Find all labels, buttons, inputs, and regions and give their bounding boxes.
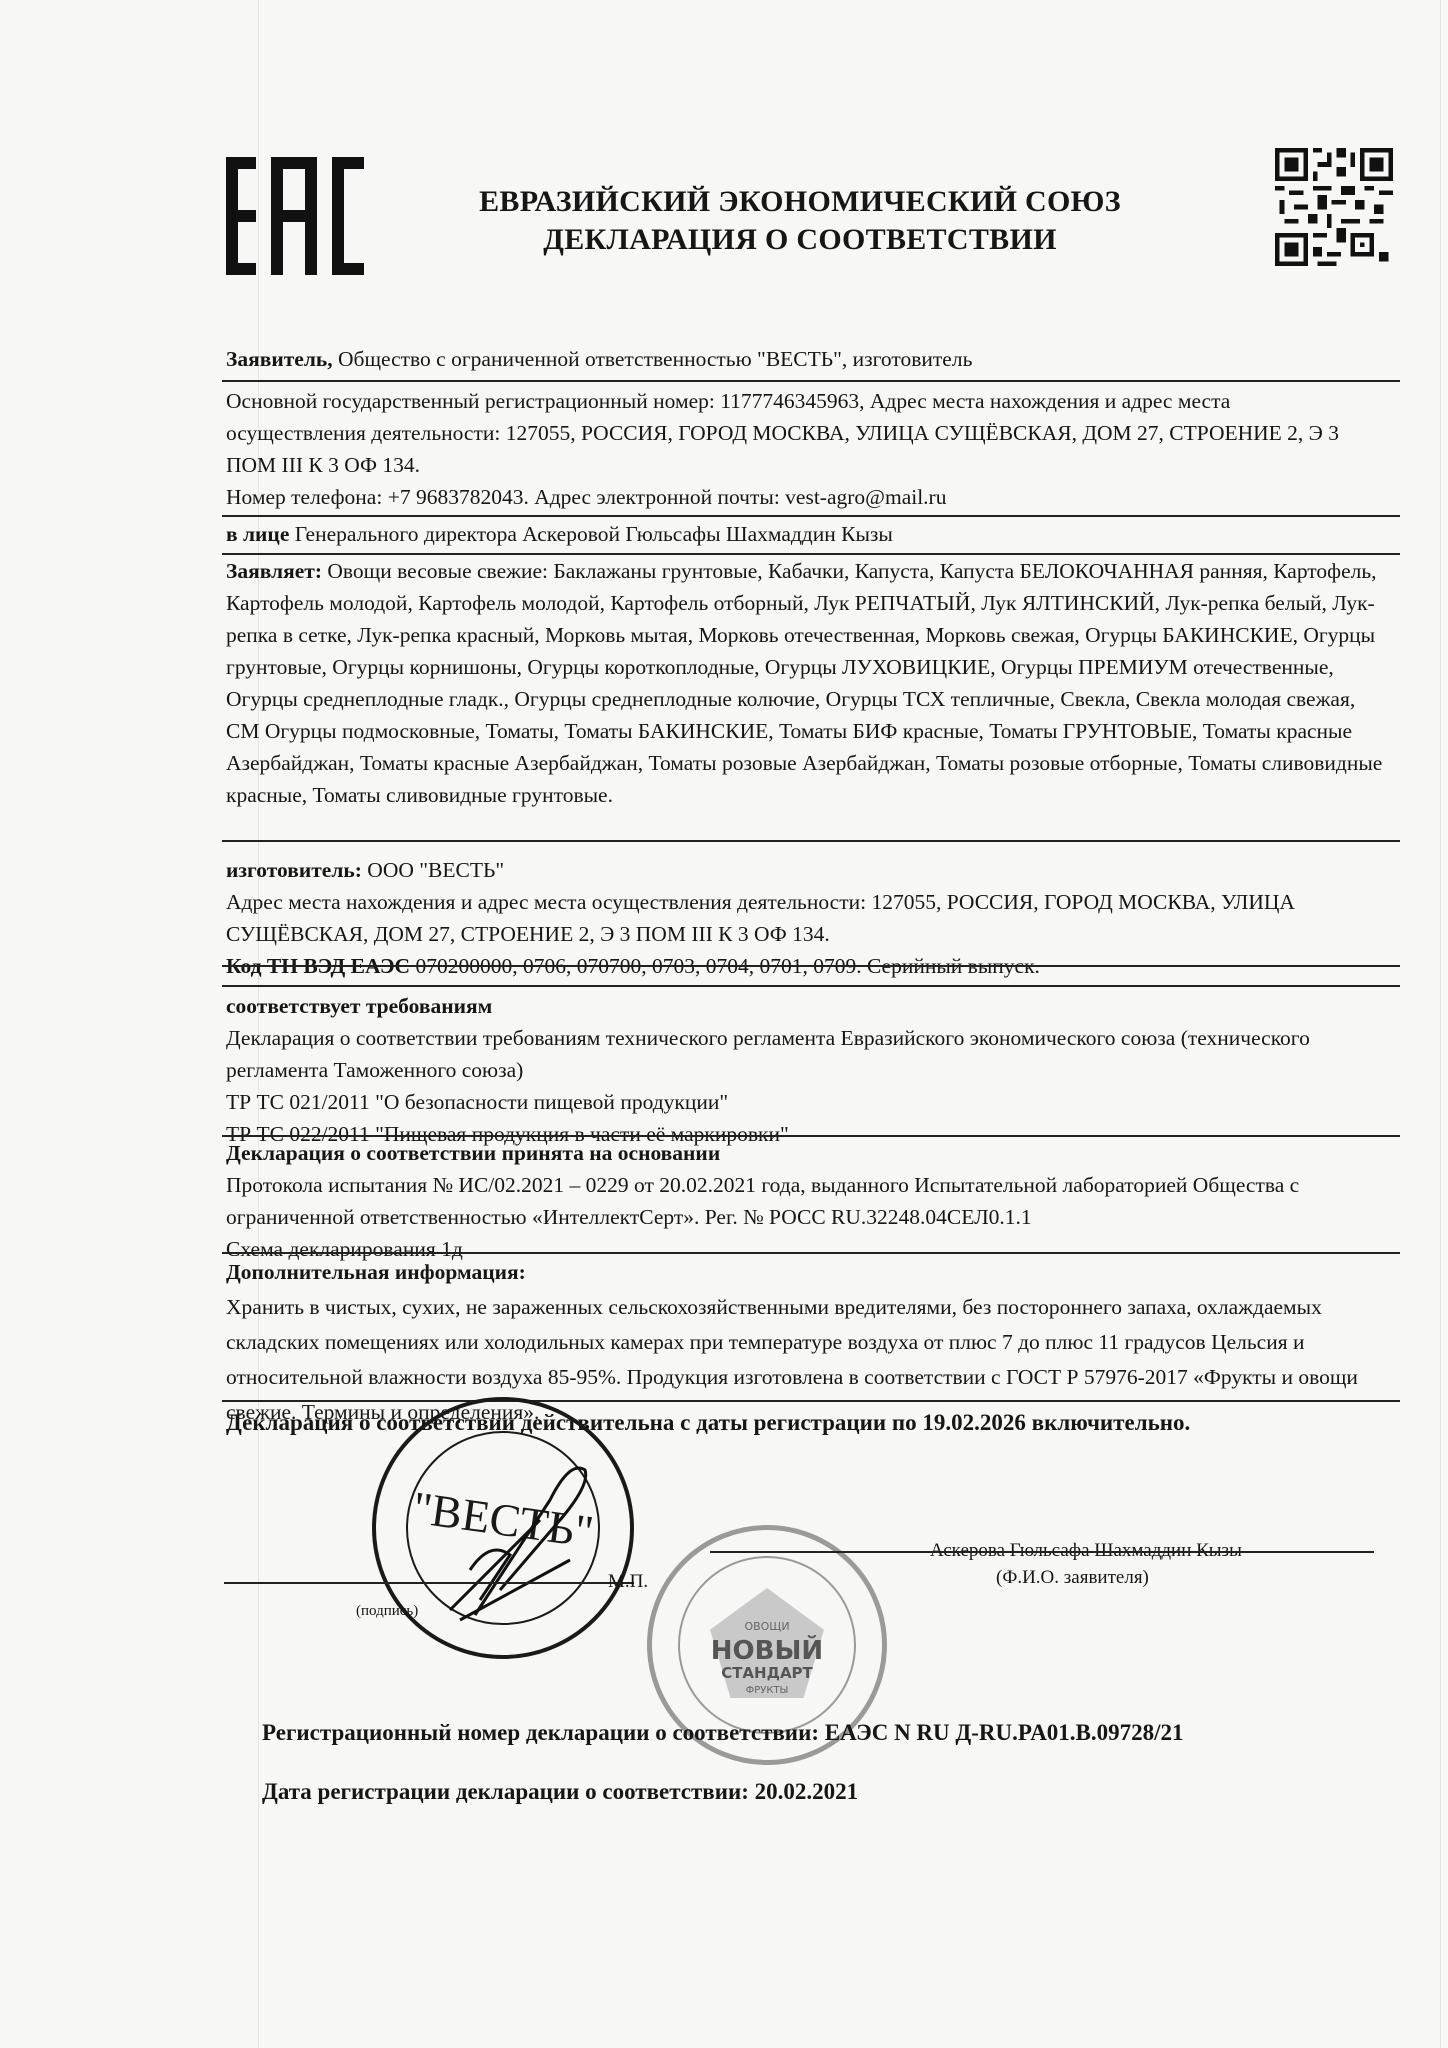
- applicant-value: Общество с ограниченной ответственностью…: [333, 347, 973, 371]
- document-title: ЕВРАЗИЙСКИЙ ЭКОНОМИЧЕСКИЙ СОЮЗ ДЕКЛАРАЦИ…: [440, 183, 1160, 259]
- stamp-text-standart: СТАНДАРТ: [652, 1664, 882, 1682]
- divider: [222, 840, 1400, 842]
- title-declaration: ДЕКЛАРАЦИЯ О СООТВЕТСТВИИ: [440, 221, 1160, 259]
- registration-date: Дата регистрации декларации о соответств…: [262, 1776, 1262, 1808]
- manufacturer-address: Адрес места нахождения и адрес места осу…: [226, 886, 1326, 950]
- applicant-details: Основной государственный регистрационный…: [226, 385, 1366, 513]
- divider: [222, 380, 1400, 382]
- represented-by-section: в лице Генерального директора Аскеровой …: [226, 518, 1406, 550]
- name-caption: (Ф.И.О. заявителя): [996, 1562, 1236, 1594]
- applicant-contacts: Номер телефона: +7 9683782043. Адрес эле…: [226, 481, 1366, 513]
- registration-number: Регистрационный номер декларации о соотв…: [262, 1717, 1442, 1749]
- basis-label: Декларация о соответствии принята на осн…: [226, 1137, 1386, 1169]
- complies-tr-021: ТР ТС 021/2011 "О безопасности пищевой п…: [226, 1086, 1386, 1118]
- divider: [222, 1400, 1400, 1402]
- represented-by-value: Генерального директора Аскеровой Гюльсаф…: [289, 522, 892, 546]
- stamp-text-vegetables: ОВОЩИ: [652, 1620, 882, 1633]
- name-line: [710, 1551, 1374, 1553]
- manufacturer-label: изготовитель:: [226, 858, 362, 882]
- declares-label: Заявляет:: [226, 559, 322, 583]
- stamp-text-novyi: НОВЫЙ: [652, 1636, 882, 1666]
- applicant-label: Заявитель,: [226, 347, 333, 371]
- validity-statement: Декларация о соответствии действительна …: [226, 1405, 1406, 1441]
- signature-line: [224, 1582, 634, 1584]
- complies-regulation: Декларация о соответствии требованиям те…: [226, 1022, 1386, 1086]
- represented-by-label: в лице: [226, 522, 289, 546]
- eac-logo-icon: [226, 157, 366, 275]
- divider: [222, 1252, 1400, 1254]
- additional-info-label: Дополнительная информация:: [226, 1255, 1396, 1290]
- basis-protocol: Протокола испытания № ИС/02.2021 – 0229 …: [226, 1169, 1386, 1233]
- stamp-text-fruits: ФРУКТЫ: [652, 1685, 882, 1696]
- divider: [222, 985, 1400, 987]
- declares-products: Овощи весовые свежие: Баклажаны грунтовы…: [226, 559, 1382, 807]
- registration-date-value: 20.02.2021: [749, 1779, 858, 1804]
- applicant-section: Заявитель, Общество с ограниченной ответ…: [226, 343, 1406, 375]
- registration-number-label: Регистрационный номер декларации о соотв…: [262, 1720, 819, 1745]
- additional-info-section: Дополнительная информация: Хранить в чис…: [226, 1255, 1396, 1430]
- declares-section: Заявляет: Овощи весовые свежие: Баклажан…: [226, 555, 1386, 811]
- applicant-registration: Основной государственный регистрационный…: [226, 385, 1366, 481]
- registration-number-value: ЕАЭС N RU Д-RU.PA01.B.09728/21: [819, 1720, 1184, 1745]
- manufacturer-value: ООО "ВЕСТЬ": [362, 858, 504, 882]
- basis-section: Декларация о соответствии принята на осн…: [226, 1137, 1386, 1265]
- registration-date-label: Дата регистрации декларации о соответств…: [262, 1779, 749, 1804]
- manufacturer-section: изготовитель: ООО "ВЕСТЬ" Адрес места на…: [226, 854, 1326, 982]
- complies-label: соответствует требованиям: [226, 990, 1386, 1022]
- complies-section: соответствует требованиям Декларация о с…: [226, 990, 1386, 1150]
- divider: [222, 515, 1400, 517]
- divider: [222, 965, 1400, 967]
- qr-code-icon[interactable]: [1275, 141, 1393, 273]
- title-union: ЕВРАЗИЙСКИЙ ЭКОНОМИЧЕСКИЙ СОЮЗ: [440, 183, 1160, 221]
- seal-placeholder: М.П.: [608, 1566, 668, 1598]
- signature-caption: (подпись): [356, 1595, 456, 1627]
